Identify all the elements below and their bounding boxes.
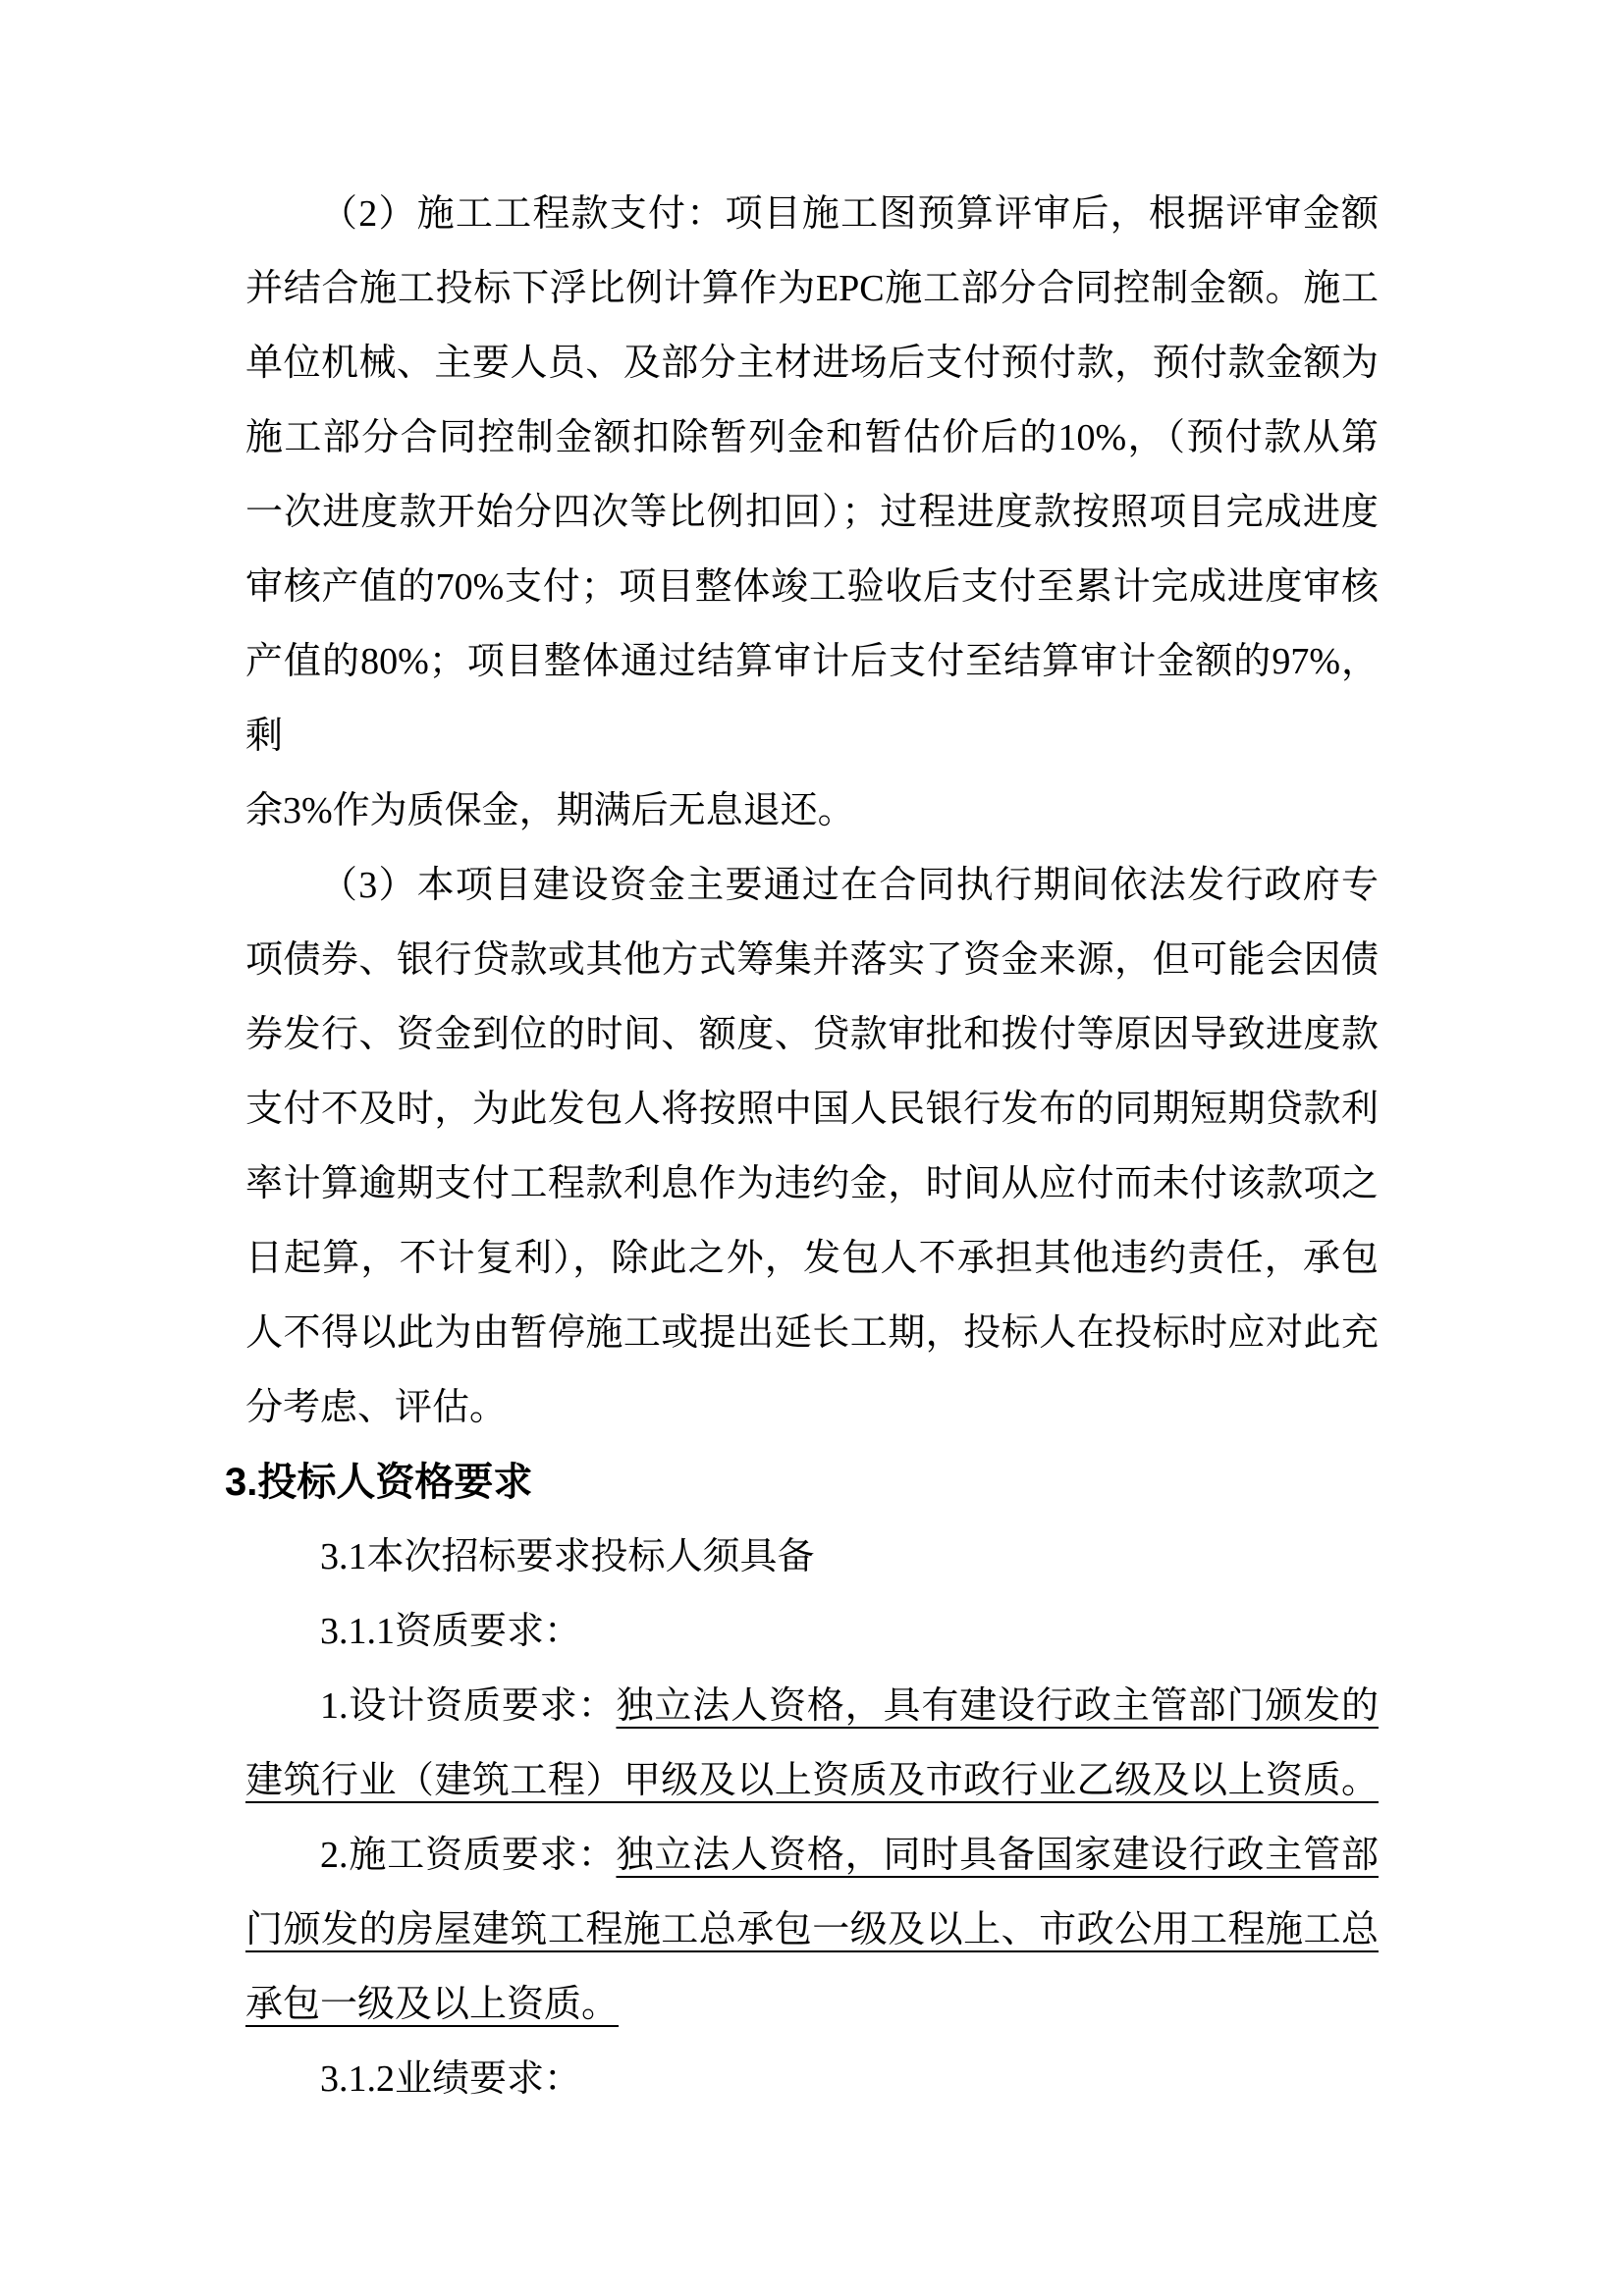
text-line: 并结合施工投标下浮比例计算作为EPC施工部分合同控制金额。施工 [245, 251, 1379, 326]
text-segment: 率计算逾期支付工程款利息作为违约金，时间从应付而未付该款项之 [245, 1163, 1379, 1204]
text-segment: 审核产值的70%支付；项目整体竣工验收后支付至累计完成进度审核 [245, 566, 1379, 608]
text-line: 3.1本次招标要求投标人须具备 [245, 1520, 1379, 1594]
underlined-text: 独立法人资格，同时具备国家建设行政主管部 [616, 1835, 1379, 1876]
text-line: 门颁发的房屋建筑工程施工总承包一级及以上、市政公用工程施工总 [245, 1893, 1379, 1967]
text-segment: （2）施工工程款支付：项目施工图预算评审后，根据评审金额 [320, 193, 1379, 235]
text-line: 产值的80%；项目整体通过结算审计后支付至结算审计金额的97%，剩 [245, 624, 1379, 774]
underlined-text: 门颁发的房屋建筑工程施工总承包一级及以上、市政公用工程施工总 [245, 1909, 1379, 1950]
text-line: 审核产值的70%支付；项目整体竣工验收后支付至累计完成进度审核 [245, 550, 1379, 624]
text-line: 2.施工资质要求：独立法人资格，同时具备国家建设行政主管部 [245, 1818, 1379, 1893]
text-segment: （3）本项目建设资金主要通过在合同执行期间依法发行政府专 [320, 865, 1379, 906]
text-segment: 日起算，不计复利），除此之外，发包人不承担其他违约责任，承包 [245, 1238, 1379, 1279]
underlined-text: 独立法人资格，具有建设行政主管部门颁发的 [616, 1685, 1379, 1727]
para-construction-payment: （2）施工工程款支付：项目施工图预算评审后，根据评审金额并结合施工投标下浮比例计… [245, 177, 1379, 848]
document-page: （2）施工工程款支付：项目施工图预算评审后，根据评审金额并结合施工投标下浮比例计… [0, 0, 1624, 2296]
text-segment: 3.投标人资格要求 [225, 1461, 532, 1504]
text-segment: 2.施工资质要求： [320, 1835, 616, 1876]
text-line: 分考虑、评估。 [245, 1370, 1379, 1445]
text-segment: 产值的80%；项目整体通过结算审计后支付至结算审计金额的97%，剩 [245, 641, 1379, 757]
text-segment: 一次进度款开始分四次等比例扣回）；过程进度款按照项目完成进度 [245, 492, 1379, 533]
para-3-1-2-performance-requirements: 3.1.2业绩要求： [245, 2042, 1379, 2116]
text-segment: 分考虑、评估。 [245, 1387, 507, 1428]
underlined-text: 建筑行业（建筑工程）甲级及以上资质及市政行业乙级及以上资质。 [245, 1760, 1379, 1801]
text-line: 建筑行业（建筑工程）甲级及以上资质及市政行业乙级及以上资质。 [245, 1743, 1379, 1818]
text-line: （3）本项目建设资金主要通过在合同执行期间依法发行政府专 [245, 848, 1379, 923]
text-line: 余3%作为质保金，期满后无息退还。 [245, 774, 1379, 848]
text-line: 单位机械、主要人员、及部分主材进场后支付预付款，预付款金额为 [245, 326, 1379, 400]
para-design-qualification: 1.设计资质要求：独立法人资格，具有建设行政主管部门颁发的建筑行业（建筑工程）甲… [245, 1669, 1379, 1818]
text-line: 3.投标人资格要求 [225, 1445, 1379, 1520]
text-line: 3.1.2业绩要求： [245, 2042, 1379, 2116]
text-line: 率计算逾期支付工程款利息作为违约金，时间从应付而未付该款项之 [245, 1147, 1379, 1221]
heading-bidder-qualification-requirements: 3.投标人资格要求 [245, 1445, 1379, 1520]
text-segment: 单位机械、主要人员、及部分主材进场后支付预付款，预付款金额为 [245, 343, 1379, 384]
text-line: 日起算，不计复利），除此之外，发包人不承担其他违约责任，承包 [245, 1221, 1379, 1296]
text-segment: 施工部分合同控制金额扣除暂列金和暂估价后的10%，（预付款从第 [245, 417, 1379, 458]
text-segment: 人不得以此为由暂停施工或提出延长工期，投标人在投标时应对此充 [245, 1312, 1379, 1354]
text-segment: 3.1.2业绩要求： [320, 2058, 581, 2100]
text-segment: 3.1本次招标要求投标人须具备 [320, 1536, 815, 1577]
text-segment: 券发行、资金到位的时间、额度、贷款审批和拨付等原因导致进度款 [245, 1014, 1379, 1055]
para-construction-qualification: 2.施工资质要求：独立法人资格，同时具备国家建设行政主管部门颁发的房屋建筑工程施… [245, 1818, 1379, 2042]
text-line: 项债券、银行贷款或其他方式筹集并落实了资金来源，但可能会因债 [245, 923, 1379, 997]
text-segment: 项债券、银行贷款或其他方式筹集并落实了资金来源，但可能会因债 [245, 939, 1379, 981]
text-segment: 支付不及时，为此发包人将按照中国人民银行发布的同期短期贷款利 [245, 1089, 1379, 1130]
text-line: （2）施工工程款支付：项目施工图预算评审后，根据评审金额 [245, 177, 1379, 251]
para-3-1-bidder-must-have: 3.1本次招标要求投标人须具备 [245, 1520, 1379, 1594]
underlined-text: 承包一级及以上资质。 [245, 1984, 619, 2025]
text-line: 3.1.1资质要求： [245, 1594, 1379, 1669]
text-line: 一次进度款开始分四次等比例扣回）；过程进度款按照项目完成进度 [245, 475, 1379, 550]
text-line: 人不得以此为由暂停施工或提出延长工期，投标人在投标时应对此充 [245, 1296, 1379, 1370]
text-segment: 余3%作为质保金，期满后无息退还。 [245, 790, 855, 831]
text-segment: 3.1.1资质要求： [320, 1611, 581, 1652]
text-line: 1.设计资质要求：独立法人资格，具有建设行政主管部门颁发的 [245, 1669, 1379, 1743]
para-project-funding: （3）本项目建设资金主要通过在合同执行期间依法发行政府专项债券、银行贷款或其他方… [245, 848, 1379, 1445]
para-3-1-1-qualification-requirements: 3.1.1资质要求： [245, 1594, 1379, 1669]
text-line: 券发行、资金到位的时间、额度、贷款审批和拨付等原因导致进度款 [245, 997, 1379, 1072]
text-line: 承包一级及以上资质。 [245, 1967, 1379, 2042]
text-line: 施工部分合同控制金额扣除暂列金和暂估价后的10%，（预付款从第 [245, 400, 1379, 475]
text-block: （2）施工工程款支付：项目施工图预算评审后，根据评审金额并结合施工投标下浮比例计… [245, 177, 1379, 2116]
text-line: 支付不及时，为此发包人将按照中国人民银行发布的同期短期贷款利 [245, 1072, 1379, 1147]
text-segment: 1.设计资质要求： [320, 1685, 616, 1727]
text-segment: 并结合施工投标下浮比例计算作为EPC施工部分合同控制金额。施工 [245, 268, 1379, 309]
